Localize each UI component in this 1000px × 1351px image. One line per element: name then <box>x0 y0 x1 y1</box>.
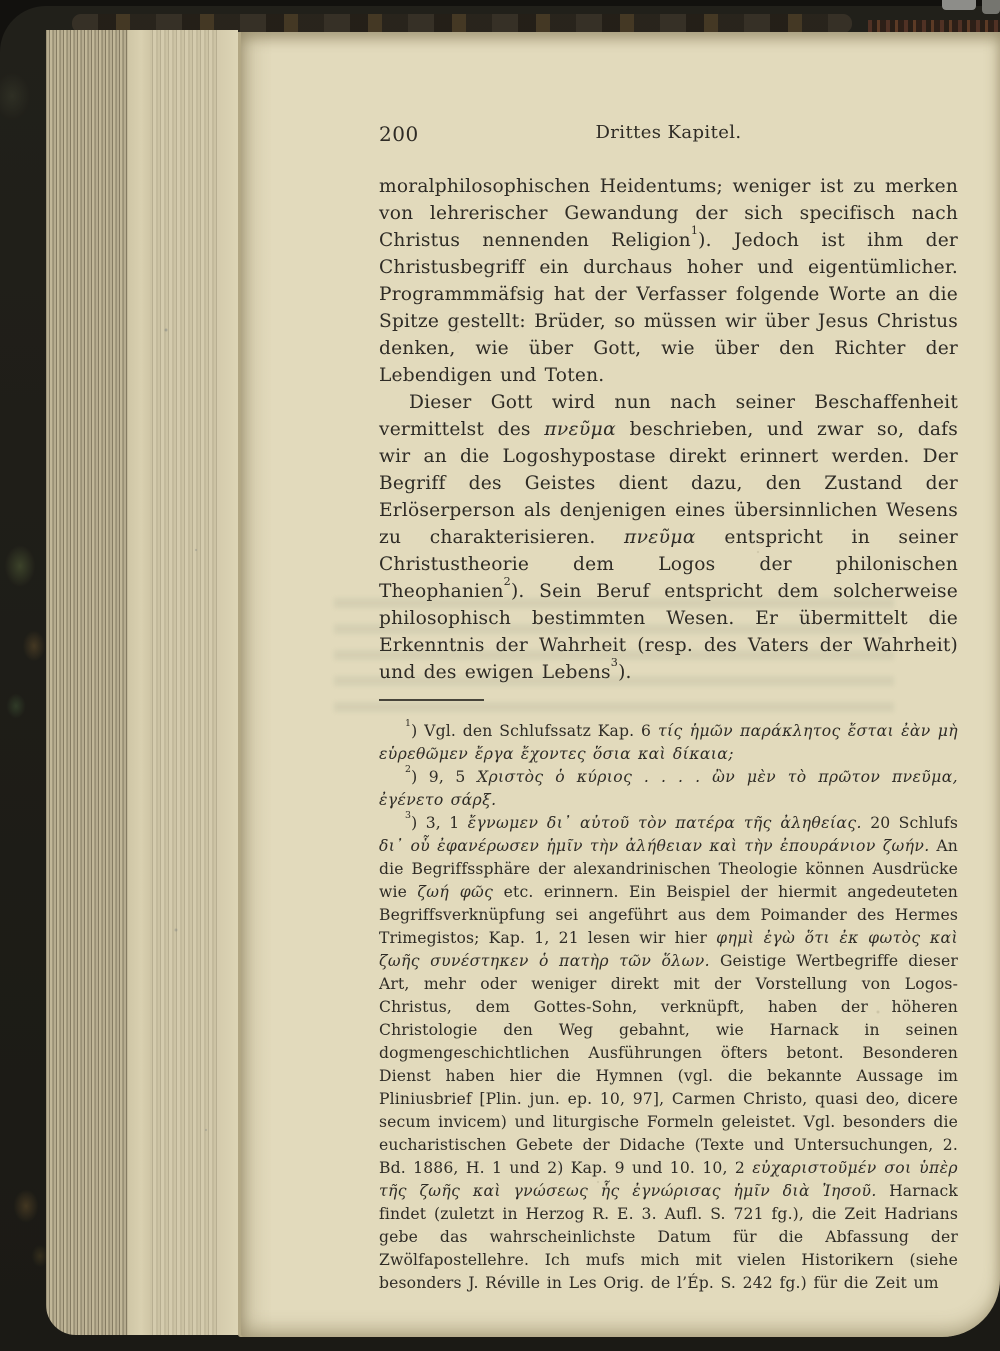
text-run: Geistige Wertbegriffe dieser Art, mehr o… <box>379 952 958 1177</box>
body-paragraph: Dieser Gott wird nun nach seiner Beschaf… <box>379 389 958 686</box>
greek-text: ἔγνωμεν δι᾽ αὐτοῦ τὸν πατέρα τῆς ἀληθεία… <box>468 814 862 832</box>
footnote-marker: 1 <box>405 718 411 729</box>
background-glint <box>982 0 1000 14</box>
text-run: ) 3, 1 <box>411 814 468 832</box>
book-page: 200 Drittes Kapitel. moralphilosophische… <box>238 32 1000 1337</box>
footnote: 1) Vgl. den Schlufssatz Kap. 6 τίς ἡμῶν … <box>379 720 958 766</box>
text-run: ). Jedoch ist ihm der Christusbegriff ei… <box>379 230 958 386</box>
greek-text: ζωή φῶς <box>417 883 493 901</box>
page-number: 200 <box>379 122 419 146</box>
body-paragraph: moralphilosophischen Heidentums; weniger… <box>379 173 958 389</box>
text-run: ) Vgl. den Schlufssatz Kap. 6 <box>411 722 658 740</box>
footnote-ref: 3 <box>611 656 618 669</box>
page-edges-band <box>150 30 220 1335</box>
page-edges-band <box>220 30 238 1335</box>
page-edge-stack <box>46 30 238 1335</box>
footnotes: 1) Vgl. den Schlufssatz Kap. 6 τίς ἡμῶν … <box>379 720 958 1295</box>
page-content: 200 Drittes Kapitel. moralphilosophische… <box>379 122 958 1295</box>
footnote-marker: 2 <box>405 764 411 775</box>
body-text: moralphilosophischen Heidentums; weniger… <box>379 173 958 686</box>
footnote: 2) 9, 5 Χριστὸς ὁ κύριος . . . . ὢν μὲν … <box>379 766 958 812</box>
background-glint <box>942 0 976 10</box>
greek-text: πνεῦμα <box>624 527 696 548</box>
page-edges-band <box>46 30 128 1335</box>
footnote-ref: 1 <box>691 224 698 237</box>
running-header: Drittes Kapitel. <box>379 122 958 143</box>
footnote-separator <box>379 699 484 701</box>
page-edges-band <box>128 30 150 1335</box>
book-scan: 200 Drittes Kapitel. moralphilosophische… <box>0 0 1000 1351</box>
page-header: 200 Drittes Kapitel. <box>379 122 958 150</box>
text-run: 20 Schlufs <box>862 814 958 832</box>
footnote: 3) 3, 1 ἔγνωμεν δι᾽ αὐτοῦ τὸν πατέρα τῆς… <box>379 812 958 1295</box>
footnote-ref: 2 <box>504 575 511 588</box>
greek-text: πνεῦμα <box>544 419 616 440</box>
greek-text: δι᾽ οὗ ἐφανέρωσεν ἡμῖν τὴν ἀλήθειαν καὶ … <box>379 837 930 855</box>
text-run: ) 9, 5 <box>411 768 477 786</box>
text-run: ). <box>618 662 632 683</box>
footnote-marker: 3 <box>405 810 411 821</box>
